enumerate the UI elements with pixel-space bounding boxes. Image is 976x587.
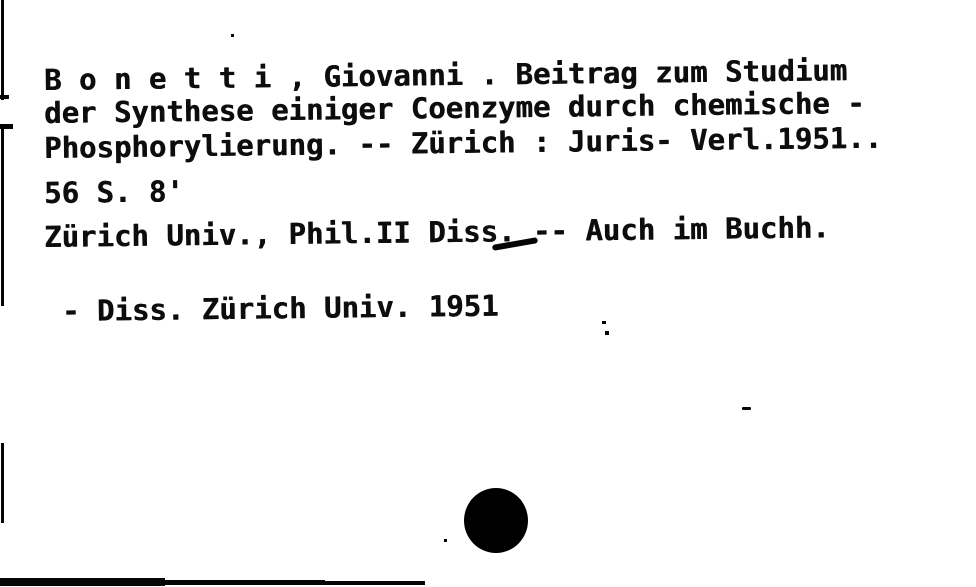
scan-speck <box>602 321 606 324</box>
tracing-line: - Diss. Zürich Univ. 1951 <box>62 292 499 326</box>
left-edge-line <box>1 124 4 306</box>
scan-speck <box>231 34 234 37</box>
bottom-edge-bar <box>320 581 425 585</box>
bottom-edge-bar <box>160 580 325 585</box>
bottom-edge-bar <box>0 578 165 586</box>
left-edge-line <box>1 443 4 523</box>
scan-speck <box>444 539 447 542</box>
imprint-line: Phosphorylierung. -- Zürich : Juris- Ver… <box>44 124 882 163</box>
left-edge-tick <box>0 95 9 99</box>
catalog-card: B o n e t t i , Giovanni . Beitrag zum S… <box>0 0 976 587</box>
scan-speck <box>742 407 751 410</box>
left-edge-line <box>1 0 4 100</box>
punch-hole-dot <box>464 488 528 553</box>
scan-speck <box>605 331 609 335</box>
left-edge-tick <box>0 124 13 129</box>
collation-line: 56 S. 8' <box>44 177 184 208</box>
thesis-note-line: Zürich Univ., Phil.II Diss. -- Auch im B… <box>44 213 830 252</box>
